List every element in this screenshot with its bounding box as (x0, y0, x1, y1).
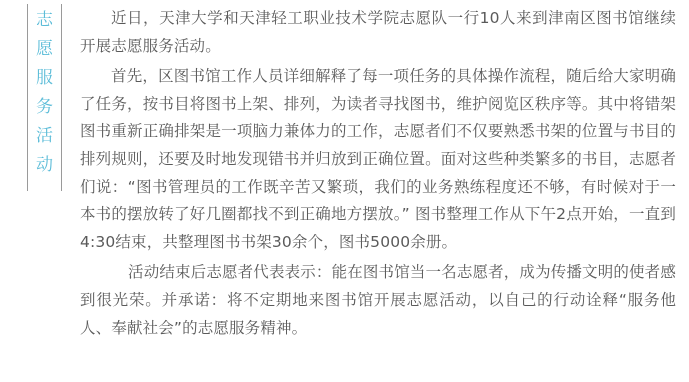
section-title-char: 务 (36, 93, 53, 122)
section-label-box: 志 愿 服 务 活 动 (27, 4, 62, 191)
section-title-char: 服 (36, 64, 53, 93)
section-title-char: 活 (36, 122, 53, 151)
section-title-char: 动 (36, 151, 53, 180)
article-body: 近日，天津大学和天津轻工职业技术学院志愿队一行10人来到津南区图书馆继续开展志愿… (80, 5, 676, 345)
section-title-char: 志 (36, 6, 53, 35)
article-paragraph-process: 首先，区图书馆工作人员详细解释了每一项任务的具体操作流程，随后给大家明确了任务，… (80, 63, 676, 256)
article-paragraph-conclusion: 活动结束后志愿者代表表示：能在图书馆当一名志愿者，成为传播文明的使者感到很光荣。… (80, 259, 676, 342)
section-title-char: 愿 (36, 35, 53, 64)
section-title-vertical: 志 愿 服 务 活 动 (28, 6, 61, 180)
article-paragraph-intro: 近日，天津大学和天津轻工职业技术学院志愿队一行10人来到津南区图书馆继续开展志愿… (80, 5, 676, 60)
